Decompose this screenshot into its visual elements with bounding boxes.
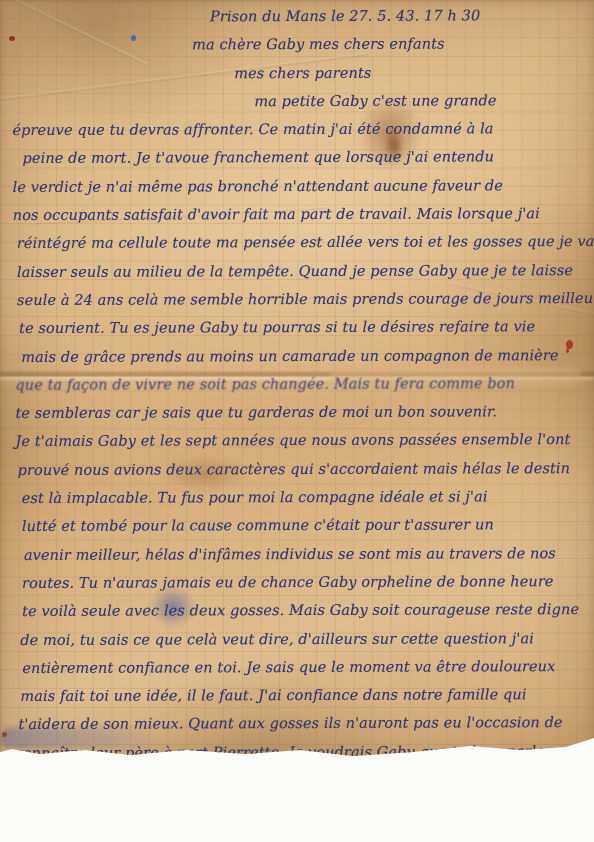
letter-paper: Prison du Mans le 27. 5. 43. 17 h 30ma c…	[0, 0, 594, 760]
paper-edge-shading	[0, 0, 594, 760]
scan-canvas: Prison du Mans le 27. 5. 43. 17 h 30ma c…	[0, 0, 594, 842]
